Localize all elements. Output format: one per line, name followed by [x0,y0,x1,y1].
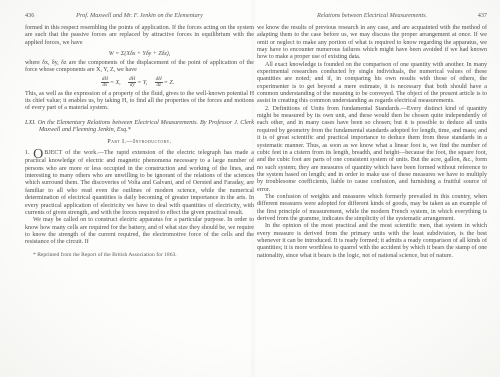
fraction-dH-dx: dHdx [101,77,109,88]
equation-rhs: = Y, [137,80,147,86]
part-heading: Part I.—Introductory. [25,138,254,146]
fraction-denominator: dy [128,83,136,88]
right-running-head: Relations between Electrical Measurement… [257,12,487,20]
equation-linking-text: where δx, δy, δz are the components of t… [25,60,254,75]
right-running-title: Relations between Electrical Measurement… [271,12,473,20]
intro-paragraph: 1. OBJECT of the work.—The rapid extensi… [25,150,254,217]
right-page: Relations between Electrical Measurement… [257,12,487,368]
definitions-of-units-paragraph: 2. Definitions of Units from fundamental… [257,106,487,194]
systematic-units-paragraph: In the opinion of the most practical and… [257,223,487,260]
left-running-title: Prof. Maxwell and Mr. F. Jenkin on the E… [39,12,240,20]
intro-paragraph-text: BJECT of the work.—The rapid extension o… [25,150,254,216]
section-number: 1. [25,150,33,156]
right-page-number: 437 [473,12,487,20]
prev-article-closing-text: This, as well as the expression of a pro… [25,91,254,113]
scanned-book-spread: 436 Prof. Maxwell and Mr. F. Jenkin on t… [0,0,500,377]
equation-rhs: = Z. [164,80,174,86]
equation-work-sum: W = Σ(Xδx + Yδy + Zδz), [25,50,254,58]
fraction-denominator: dx [101,83,109,88]
equation-rhs: = X, [110,80,121,86]
left-page-number: 436 [25,12,39,20]
intro-paragraph-2: We may be called on to construct electri… [25,217,254,246]
equation-partial-derivatives: dHdx= X, dHdy= Y, dHdz= Z. [25,77,254,88]
fraction-dH-dz: dHdz [155,77,163,88]
exact-knowledge-paragraph: All exact knowledge is founded on the co… [257,62,487,106]
fraction-dH-dy: dHdy [128,77,136,88]
fraction-denominator: dz [155,83,163,88]
article-title: LXI. On the Elementary Relations between… [25,119,254,134]
left-running-head: 436 Prof. Maxwell and Mr. F. Jenkin on t… [25,12,254,20]
reprint-footnote: * Reprinted from the Report of the Briti… [25,252,254,259]
prev-article-ending-text: formed in this respect resembling the po… [25,25,254,47]
continuation-paragraph: we know the results of previous research… [257,25,487,62]
weights-measures-paragraph: The confusion of weights and measures wh… [257,194,487,223]
left-page: 436 Prof. Maxwell and Mr. F. Jenkin on t… [25,12,254,368]
